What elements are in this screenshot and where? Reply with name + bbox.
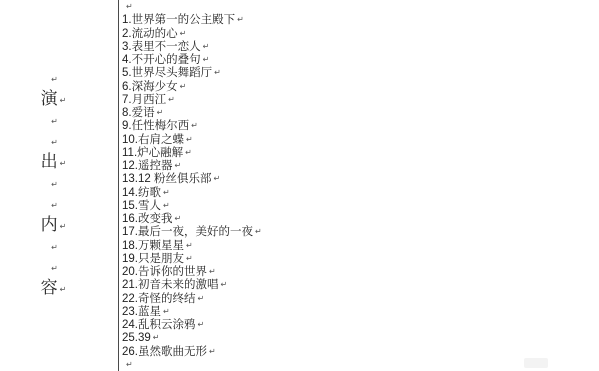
paragraph-mark-icon: ↵ [180,29,187,38]
song-title-text: 23.蓝星 [122,306,161,318]
paragraph-mark-icon: ↵ [203,42,210,51]
paragraph-mark-icon: ↵ [51,243,58,252]
paragraph-mark-icon: ↵ [51,138,58,147]
vertical-label-line: ↵ [0,193,107,214]
song-list-item: 16.改变我↵ [122,212,592,225]
song-title-text: 21.初音未来的激唱 [122,279,219,291]
song-list-item: 21.初音未来的激唱↵ [122,278,592,291]
paragraph-mark-icon: ↵ [186,135,193,144]
song-list-item: 26.虽然歌曲无形↵ [122,345,592,358]
song-list-item: 9.任性梅尔西↵ [122,119,592,132]
paragraph-mark-icon: ↵ [203,55,210,64]
paragraph-mark-icon: ↵ [214,68,221,77]
paragraph-mark-icon: ↵ [163,307,170,316]
paragraph-mark-icon: ↵ [180,82,187,91]
paragraph-mark-icon: ↵ [175,214,182,223]
song-title-text: 12.遥控器 [122,160,173,172]
song-list-item: 14.纺歌↵ [122,186,592,199]
paragraph-mark-icon: ↵ [185,148,192,157]
song-title-text: 25.39 [122,332,151,344]
paragraph-mark-icon: ↵ [198,294,205,303]
paragraph-mark-icon: ↵ [186,241,193,250]
paragraph-mark-icon: ↵ [255,227,262,236]
song-title-text: 15.雪人 [122,200,161,212]
song-title-text: 24.乱积云涂鸦 [122,319,196,331]
paragraph-mark-icon: ↵ [237,15,244,24]
vertical-label-line: 演↵ [0,88,107,109]
song-title-text: 7.月西江 [122,94,166,106]
song-list-item: 24.乱积云涂鸦↵ [122,318,592,331]
song-list-item: 11.炉心融解↵ [122,146,592,159]
vertical-label-line: ↵ [0,130,107,151]
song-list-item: 22.奇怪的终结↵ [122,292,592,305]
song-title-text: 5.世界尽头舞蹈厅 [122,67,212,79]
song-list-item: 13.12 粉丝俱乐部↵ [122,172,592,185]
paragraph-mark-icon: ↵ [186,254,193,263]
paragraph-mark-icon: ↵ [51,117,58,126]
song-list-item: 8.爱语↵ [122,106,592,119]
vertical-label-line: 容↵ [0,277,107,298]
song-title-text: 10.右肩之蝶 [122,134,184,146]
song-title-text: 6.深海少女 [122,81,178,93]
vertical-label-line: ↵ [0,256,107,277]
paragraph-mark-icon: ↵ [221,280,228,289]
song-list-item: 3.表里不一恋人↵ [122,40,592,53]
vertical-label-line: ↵ [0,67,107,88]
song-list-item: 12.遥控器↵ [122,159,592,172]
song-list-item: 17.最后一夜，美好的一夜↵ [122,225,592,238]
song-title-text: 1.世界第一的公主殿下 [122,14,235,26]
song-list-item: 18.万颗星星↵ [122,239,592,252]
vertical-label-char: 出 [41,152,58,171]
song-title-text: 8.爱语 [122,107,155,119]
vertical-label-cell: ↵演↵↵↵出↵↵↵内↵↵↵容↵ [0,67,107,298]
paragraph-mark-icon: ↵ [157,108,164,117]
vertical-label-line: ↵ [0,109,107,130]
paragraph-mark-icon: ↵ [51,264,58,273]
song-list-item: 19.只是朋友↵ [122,252,592,265]
song-list-item: 23.蓝星↵ [122,305,592,318]
song-title-text: 19.只是朋友 [122,253,184,265]
paragraph-mark-icon: ↵ [168,95,175,104]
song-title-text: 9.任性梅尔西 [122,120,189,132]
song-title-text: 26.虽然歌曲无形 [122,346,207,358]
song-title-text: 2.流动的心 [122,28,178,40]
song-title-text: 11.炉心融解 [122,147,183,159]
song-list-item: 2.流动的心↵ [122,27,592,40]
paragraph-mark-icon: ↵ [213,174,220,183]
empty-paragraph-line: ↵ [122,0,592,13]
paragraph-mark-icon: ↵ [198,320,205,329]
paragraph-mark-icon: ↵ [51,180,58,189]
paragraph-mark-icon: ↵ [209,267,216,276]
vertical-label-line: 内↵ [0,214,107,235]
song-title-text: 17.最后一夜，美好的一夜 [122,226,253,238]
paragraph-mark-icon: ↵ [60,222,67,231]
song-list-item: 7.月西江↵ [122,93,592,106]
vertical-label-char: 内 [41,215,58,234]
paragraph-mark-icon: ↵ [209,347,216,356]
song-list-item: 6.深海少女↵ [122,80,592,93]
song-list-item: 10.右肩之蝶↵ [122,133,592,146]
vertical-label-line: ↵ [0,235,107,256]
song-list-item: 25.39↵ [122,331,592,344]
paragraph-mark-icon: ↵ [126,360,133,369]
vertical-label-char: 演 [41,89,58,108]
song-list-item: 20.告诉你的世界↵ [122,265,592,278]
song-title-text: 3.表里不一恋人 [122,41,201,53]
document-page: ↵演↵↵↵出↵↵↵内↵↵↵容↵ ↵1.世界第一的公主殿下↵2.流动的心↵3.表里… [0,0,599,371]
song-title-text: 13.12 粉丝俱乐部 [122,173,211,185]
table-border-divider [118,0,119,371]
vertical-label-line: 出↵ [0,151,107,172]
paragraph-mark-icon: ↵ [60,159,67,168]
song-list-item: 5.世界尽头舞蹈厅↵ [122,66,592,79]
paragraph-mark-icon: ↵ [126,2,133,11]
paragraph-mark-icon: ↵ [191,121,198,130]
song-list-item: 1.世界第一的公主殿下↵ [122,13,592,26]
paragraph-mark-icon: ↵ [163,201,170,210]
paragraph-mark-icon: ↵ [60,285,67,294]
empty-paragraph-line: ↵ [122,358,592,371]
song-title-text: 20.告诉你的世界 [122,266,207,278]
paragraph-mark-icon: ↵ [60,96,67,105]
song-list-cell: ↵1.世界第一的公主殿下↵2.流动的心↵3.表里不一恋人↵4.不开心的叠句↵5.… [122,0,592,371]
paragraph-mark-icon: ↵ [153,333,160,342]
vertical-label-line: ↵ [0,172,107,193]
vertical-label-char: 容 [41,278,58,297]
song-title-text: 22.奇怪的终结 [122,293,196,305]
song-title-text: 4.不开心的叠句 [122,54,201,66]
song-title-text: 14.纺歌 [122,187,161,199]
paragraph-mark-icon: ↵ [163,188,170,197]
faint-watermark [524,358,548,368]
song-list-item: 4.不开心的叠句↵ [122,53,592,66]
paragraph-mark-icon: ↵ [175,161,182,170]
song-title-text: 18.万颗星星 [122,240,184,252]
paragraph-mark-icon: ↵ [51,201,58,210]
song-list-item: 15.雪人↵ [122,199,592,212]
paragraph-mark-icon: ↵ [51,75,58,84]
song-title-text: 16.改变我 [122,213,173,225]
